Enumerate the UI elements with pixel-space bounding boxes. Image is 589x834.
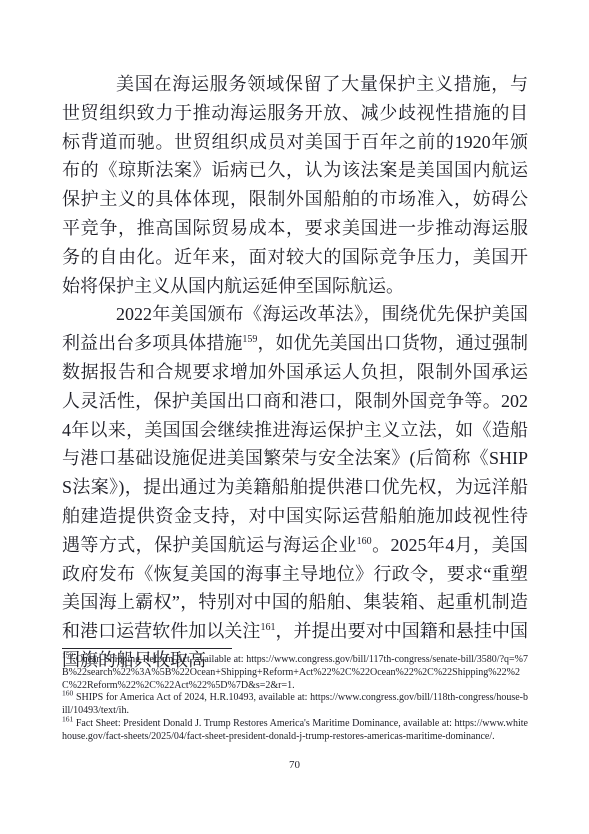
footnote: 159 Ocean Shipping Reform Act, available…	[62, 654, 528, 692]
page-number: 70	[0, 759, 589, 771]
paragraph: 美国在海运服务领域保留了大量保护主义措施，与世贸组织致力于推动海运服务开放、减少…	[62, 70, 528, 300]
footnote-number: 159	[62, 651, 73, 660]
footnote-ref: 159	[242, 334, 257, 345]
footnote-separator	[62, 648, 232, 649]
footnote-number: 160	[62, 689, 73, 698]
paragraph: 2022年美国颁布《海运改革法》，围绕优先保护美国利益出台多项具体措施159，如…	[62, 300, 528, 674]
footnote-ref: 160	[357, 536, 372, 547]
body-text: 美国在海运服务领域保留了大量保护主义措施，与世贸组织致力于推动海运服务开放、减少…	[62, 70, 528, 675]
footnote-number: 161	[62, 715, 73, 724]
document-page: 美国在海运服务领域保留了大量保护主义措施，与世贸组织致力于推动海运服务开放、减少…	[0, 0, 589, 834]
footnote-area: 159 Ocean Shipping Reform Act, available…	[62, 648, 528, 744]
footnote: 161 Fact Sheet: President Donald J. Trum…	[62, 718, 528, 744]
footnotes: 159 Ocean Shipping Reform Act, available…	[62, 654, 528, 744]
footnote: 160 SHIPS for America Act of 2024, H.R.1…	[62, 692, 528, 718]
footnote-ref: 161	[260, 622, 275, 633]
